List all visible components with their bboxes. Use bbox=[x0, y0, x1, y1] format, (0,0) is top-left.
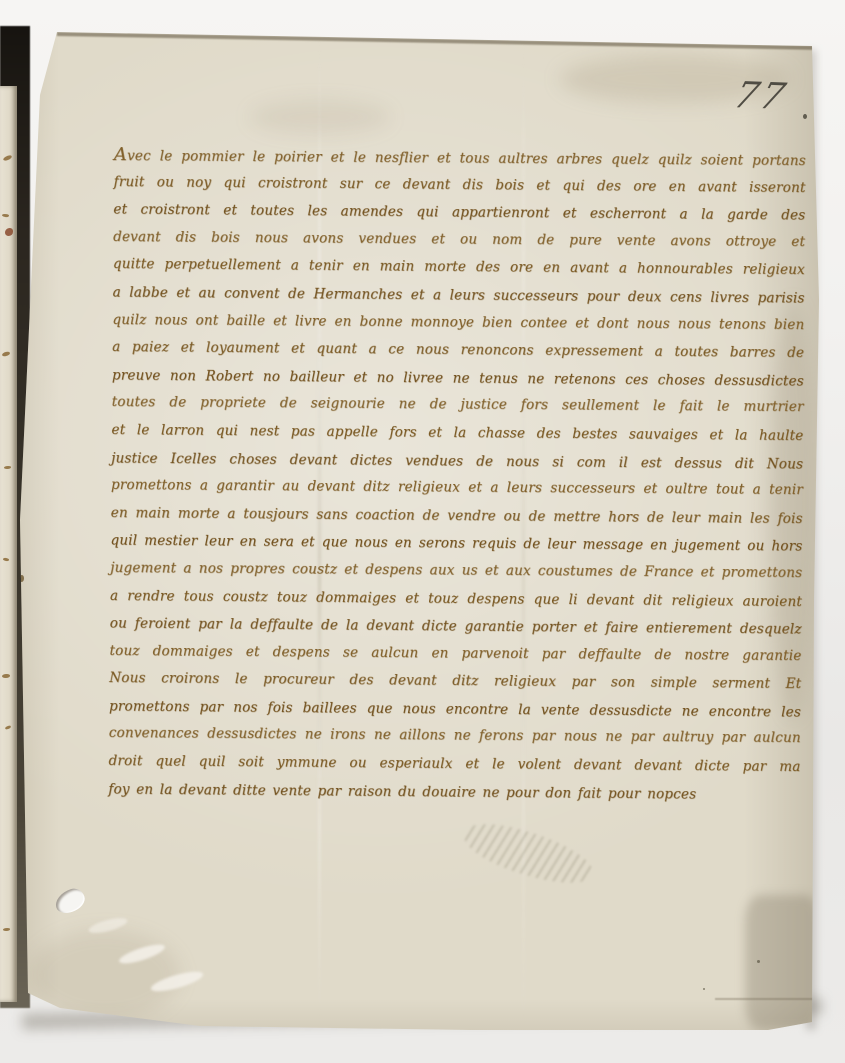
ink-fragment bbox=[2, 213, 9, 217]
manuscript-line: foy en la devant ditte vente par raison … bbox=[108, 776, 800, 810]
manuscript-scan: 77 Avec le pommier le poirier et le nesf… bbox=[0, 0, 845, 1063]
manuscript-text-block: Avec le pommier le poirier et le nesflie… bbox=[108, 141, 806, 809]
ink-dot bbox=[803, 114, 807, 119]
page-top-edge bbox=[57, 32, 813, 50]
ink-fragment bbox=[5, 228, 13, 236]
ink-fragment bbox=[3, 155, 13, 162]
ink-fragment bbox=[2, 351, 11, 357]
parchment-hole bbox=[52, 886, 87, 916]
previous-folio-edge bbox=[0, 86, 17, 1002]
ink-speck bbox=[703, 988, 705, 990]
ink-speck bbox=[757, 960, 760, 963]
ink-fragment bbox=[4, 466, 11, 469]
stain bbox=[250, 100, 390, 134]
ink-fragment bbox=[2, 674, 10, 678]
stain bbox=[745, 895, 820, 1030]
folio-number: 77 bbox=[729, 75, 792, 118]
offset-ink-smudge bbox=[459, 814, 599, 893]
ink-fragment bbox=[5, 725, 12, 730]
ink-fragment bbox=[3, 928, 10, 931]
ink-fragment bbox=[3, 557, 10, 561]
parchment-page: 77 Avec le pommier le poirier et le nesf… bbox=[0, 0, 845, 1063]
